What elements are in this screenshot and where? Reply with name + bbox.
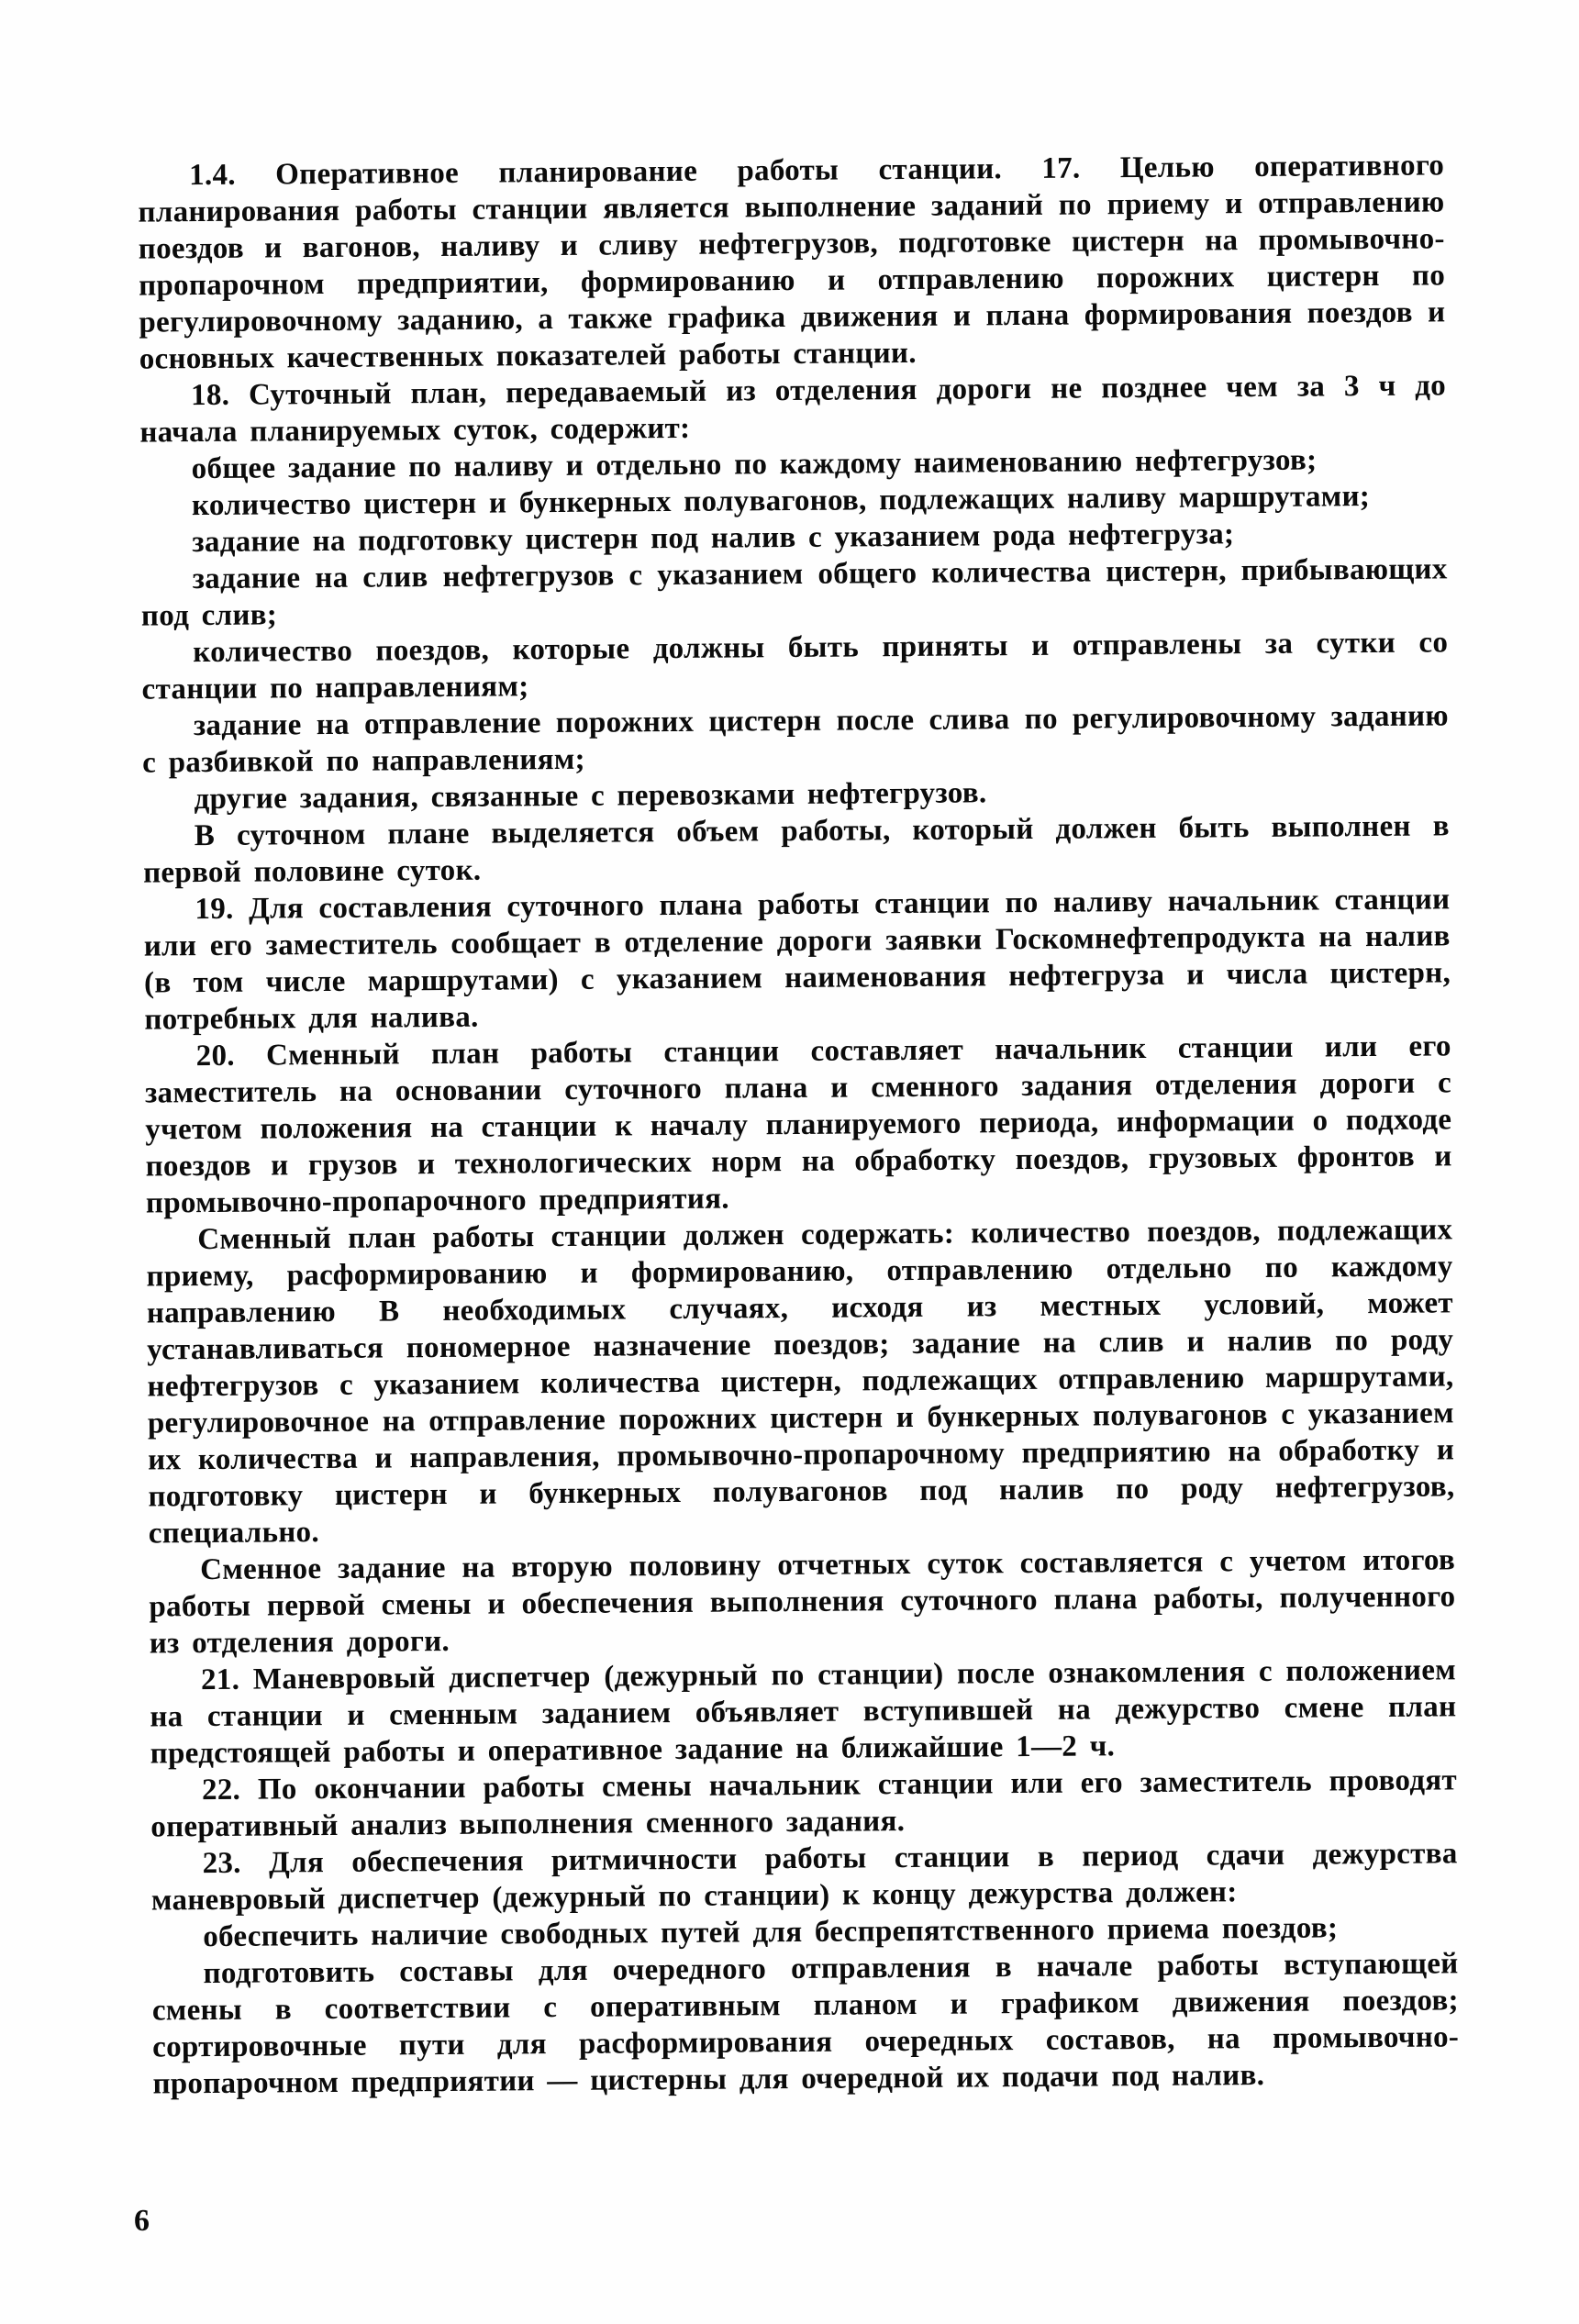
paragraph: 21. Маневровый диспетчер (дежурный по ст…	[150, 1651, 1457, 1772]
document-body: 1.4. Оперативное планирование работы ста…	[138, 147, 1460, 2102]
paragraph: 1.4. Оперативное планирование работы ста…	[138, 147, 1446, 377]
paragraph: Сменный план работы станции должен содер…	[146, 1211, 1455, 1551]
paragraph: В суточном плане выделяется объем работы…	[143, 807, 1451, 891]
paragraph: задание на отправление порожних цистерн …	[142, 697, 1450, 781]
paragraph: 20. Сменный план работы станции составля…	[145, 1028, 1453, 1221]
paragraph: 18. Суточный план, передаваемый из отдел…	[139, 367, 1447, 450]
paragraph: 23. Для обеспечения ритмичности работы с…	[150, 1835, 1458, 1918]
paragraph: подготовить составы для очередного отпра…	[151, 1945, 1459, 2102]
document-page: 1.4. Оперативное планирование работы ста…	[0, 0, 1579, 2324]
paragraph: количество поездов, которые должны быть …	[141, 624, 1449, 707]
paragraph: задание на слив нефтегрузов с указанием …	[140, 550, 1448, 634]
paragraph: 22. По окончании работы смены начальник …	[150, 1762, 1458, 1845]
paragraph: Сменное задание на вторую половину отчет…	[149, 1541, 1456, 1662]
paragraph: 19. Для составления суточного плана рабо…	[143, 881, 1451, 1038]
page-number: 6	[134, 2204, 150, 2239]
